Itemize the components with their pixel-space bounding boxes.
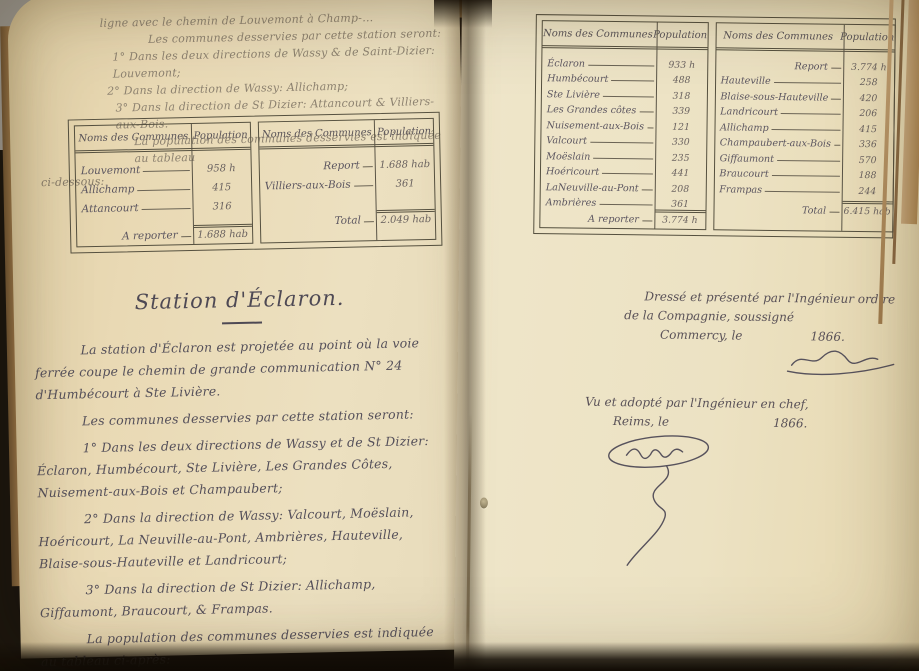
ruled-line <box>599 204 652 206</box>
table-header-row: Noms des Communes Population <box>716 23 894 52</box>
ruled-line <box>142 208 190 210</box>
total-row: Total 2.049 hab <box>260 209 435 243</box>
table-left-half: Noms des Communes Population Louvemont 9… <box>74 122 253 248</box>
ruled-line <box>364 221 374 222</box>
place-label: Reims, le <box>613 412 669 432</box>
commune-name: Hauteville <box>716 75 771 87</box>
ruled-line <box>772 175 840 177</box>
date-line: Commercy, le 1866. <box>660 326 908 348</box>
engineer-note: Dressé et présenté par l'Ingénieur ord.r… <box>608 287 909 348</box>
commune-name: Valcourt <box>541 135 587 147</box>
body-paragraph: 2° Dans la direction de Wassy: Valcourt,… <box>38 501 447 576</box>
population-value: 318 <box>656 90 706 102</box>
table-right-half: Noms des Communes Population Report 1.68… <box>257 118 436 244</box>
commune-name: Landricourt <box>715 106 778 118</box>
header-population: Population <box>375 125 433 137</box>
ruled-line <box>143 170 189 172</box>
commune-name: Braucourt <box>714 168 768 180</box>
table-row: Frampas 244 <box>714 179 892 197</box>
ruled-line <box>774 82 841 84</box>
ruled-line <box>137 189 189 191</box>
body-paragraph: Les communes desservies par cette statio… <box>36 403 444 434</box>
total-label: Total <box>260 214 361 228</box>
table-row: Attancourt 316 <box>76 193 251 216</box>
binding-hole <box>480 497 488 508</box>
ruled-line <box>642 189 653 190</box>
table-right-half: Noms des Communes Population Report 3.77… <box>713 22 896 232</box>
year-label: 1866. <box>773 414 808 433</box>
ruled-line <box>611 80 653 82</box>
carry-forward-label: A reporter <box>77 229 178 243</box>
commune-name: Ambrières <box>541 197 597 209</box>
year-label: 1866. <box>810 327 845 346</box>
population-value: 208 <box>655 183 705 195</box>
commune-name: Humbécourt <box>542 73 608 85</box>
section-title: Station d'Éclaron. <box>13 283 465 316</box>
commune-name: Allichamp <box>715 122 769 134</box>
population-value: 933 h <box>657 59 707 71</box>
date-blank <box>742 327 810 347</box>
commune-name: Giffaumont <box>715 153 774 165</box>
ruled-line <box>181 236 191 237</box>
ruled-line <box>777 160 840 162</box>
page-crease <box>466 413 472 663</box>
commune-name: Villiers-aux-Bois <box>260 179 351 193</box>
commune-name: Éclaron <box>542 58 585 70</box>
population-value: 441 <box>655 168 705 180</box>
carry-forward-row: A reporter 1.688 hab <box>77 224 252 247</box>
carry-forward-value: 3.774 h <box>655 210 705 227</box>
chief-signature-icon <box>591 431 743 577</box>
commune-name: Attancourt <box>76 202 138 215</box>
section-body: La station d'Éclaron est projetée au poi… <box>34 332 449 671</box>
header-communes: Noms des Communes <box>258 127 375 140</box>
population-table-eclaron: Noms des Communes Population Éclaron 933… <box>533 14 896 238</box>
ruled-line <box>588 64 654 66</box>
ruled-line <box>363 166 373 167</box>
commune-name: Moëslain <box>541 151 590 163</box>
population-value: 361 <box>655 199 705 211</box>
title-underline <box>222 322 262 325</box>
ruled-line <box>765 190 839 192</box>
table-header-row: Noms des Communes Population <box>75 123 250 154</box>
total-label: Total <box>714 204 826 216</box>
header-communes: Noms des Communes <box>716 30 840 43</box>
ruled-line <box>603 95 653 97</box>
ruled-line <box>602 173 652 175</box>
population-value: 361 <box>376 178 434 190</box>
manuscript-photo: ligne avec le chemin de Louvemont à Cham… <box>0 0 919 671</box>
ruled-line <box>590 142 653 144</box>
population-value: 121 <box>656 121 706 133</box>
ruled-line <box>831 67 841 68</box>
population-value: 339 <box>656 106 706 118</box>
table-body: Report 3.774 h Hauteville 258 Blaise-sou… <box>714 50 894 201</box>
carry-forward-label: A reporter <box>540 213 639 225</box>
ruled-line <box>834 145 840 146</box>
ruled-line <box>639 111 653 112</box>
chief-note: Vu et adopté par l'Ingénieur en chef, Re… <box>557 392 857 434</box>
header-population: Population <box>840 31 894 43</box>
header-population: Population <box>191 129 249 141</box>
table-body: Louvemont 958 h Allichamp 415 Attancourt… <box>75 150 251 228</box>
table-body: Éclaron 933 h Humbécourt 488 Ste Livière… <box>541 48 707 210</box>
header-communes: Noms des Communes <box>75 130 192 143</box>
carry-forward-value: 1.688 hab <box>193 224 251 241</box>
header-population: Population <box>653 29 707 41</box>
population-value: 235 <box>656 152 706 164</box>
ruled-line <box>354 185 373 186</box>
left-page: ligne avec le chemin de Louvemont à Cham… <box>7 0 473 659</box>
table-header-row: Noms des Communes Population <box>258 119 433 150</box>
population-value: 488 <box>657 75 707 87</box>
table-header-row: Noms des Communes Population <box>542 21 707 50</box>
total-value: 2.049 hab <box>377 209 435 226</box>
total-row: Total 6.415 hab <box>714 199 892 231</box>
population-value: 330 <box>656 137 706 149</box>
ruled-line <box>647 127 653 128</box>
body-paragraph: La population des communes desservies es… <box>40 621 449 671</box>
commune-name: Hoéricourt <box>541 166 599 178</box>
engineer-signature-icon <box>785 345 895 384</box>
population-table-louvemont: Noms des Communes Population Louvemont 9… <box>68 112 443 254</box>
body-paragraph: La station d'Éclaron est projetée au poi… <box>34 332 443 407</box>
ruled-line <box>642 220 652 221</box>
table-body: Report 1.688 hab Villiers-aux-Bois 361 <box>259 146 435 213</box>
table-row: Villiers-aux-Bois 361 <box>259 170 434 193</box>
body-paragraph: 3° Dans la direction de St Dizier: Allic… <box>39 572 448 625</box>
ruled-line <box>781 113 840 115</box>
ruled-line <box>829 212 839 213</box>
commune-name: Frampas <box>714 184 762 196</box>
ruled-line <box>831 98 840 99</box>
ruled-line <box>772 128 840 130</box>
ruled-line <box>593 157 652 159</box>
right-page: Noms des Communes Population Éclaron 933… <box>454 0 919 671</box>
table-left-half: Noms des Communes Population Éclaron 933… <box>539 20 708 230</box>
body-paragraph: 1° Dans les deux directions de Wassy et … <box>36 430 445 505</box>
commune-name: Ste Livière <box>542 89 600 101</box>
place-label: Commercy, le <box>660 326 743 346</box>
population-value: 316 <box>193 201 251 213</box>
date-blank <box>669 413 773 433</box>
header-communes: Noms des Communes <box>543 28 654 40</box>
carry-forward-row: A reporter 3.774 h <box>540 208 705 229</box>
